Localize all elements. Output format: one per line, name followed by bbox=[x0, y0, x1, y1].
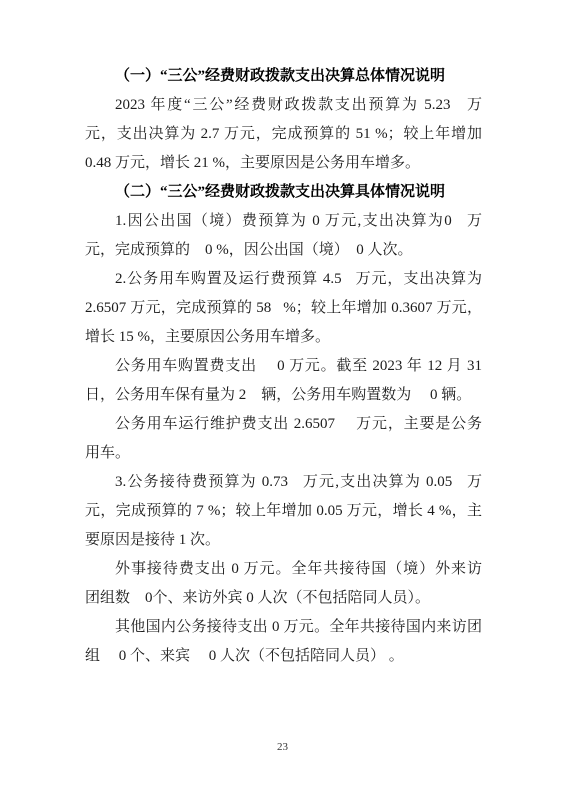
text-line: （一）“三公”经费财政拨款支出决算总体情况说明 bbox=[85, 62, 482, 91]
text-line: 2023 年度“三公”经费财政拨款支出预算为 5.23 万 bbox=[85, 91, 482, 120]
text-line: 用车。 bbox=[85, 439, 482, 468]
text-line: 元，支出决算为 2.7 万元，完成预算的 51 %；较上年增加 bbox=[85, 120, 482, 149]
paragraph-reception-total: 3.公务接待费预算为 0.73 万元,支出决算为 0.05 万元，完成预算的 7… bbox=[85, 468, 482, 555]
page-number: 23 bbox=[0, 741, 565, 753]
paragraph-domestic-reception: 其他国内公务接待支出 0 万元。全年共接待国内来访团组 0 个、来宾 0 人次（… bbox=[85, 613, 482, 671]
section-heading-2: （二）“三公”经费财政拨款支出决算具体情况说明 bbox=[85, 178, 482, 207]
text-line: 元，完成预算的 0 %，因公出国（境） 0 人次。 bbox=[85, 236, 482, 265]
paragraph-vehicle-purchase: 公务用车购置费支出 0 万元。截至 2023 年 12 月 31日，公务用车保有… bbox=[85, 352, 482, 410]
text-line: 公务用车运行维护费支出 2.6507 万元，主要是公务 bbox=[85, 410, 482, 439]
paragraph-abroad: 1.因公出国（境）费预算为 0 万元,支出决算为0 万元，完成预算的 0 %，因… bbox=[85, 207, 482, 265]
paragraph-vehicle-maintenance: 公务用车运行维护费支出 2.6507 万元，主要是公务用车。 bbox=[85, 410, 482, 468]
text-line: 外事接待费支出 0 万元。全年共接待国（境）外来访 bbox=[85, 555, 482, 584]
text-line: 组 0 个、来宾 0 人次（不包括陪同人员） 。 bbox=[85, 642, 482, 671]
text-line: 2.公务用车购置及运行费预算 4.5 万元，支出决算为 bbox=[85, 265, 482, 294]
document-page: （一）“三公”经费财政拨款支出决算总体情况说明2023 年度“三公”经费财政拨款… bbox=[0, 0, 565, 801]
document-body: （一）“三公”经费财政拨款支出决算总体情况说明2023 年度“三公”经费财政拨款… bbox=[85, 62, 482, 671]
paragraph-overall: 2023 年度“三公”经费财政拨款支出预算为 5.23 万元，支出决算为 2.7… bbox=[85, 91, 482, 178]
paragraph-vehicle-total: 2.公务用车购置及运行费预算 4.5 万元，支出决算为2.6507 万元，完成预… bbox=[85, 265, 482, 352]
text-line: 公务用车购置费支出 0 万元。截至 2023 年 12 月 31 bbox=[85, 352, 482, 381]
text-line: 增长 15 %，主要原因公务用车增多。 bbox=[85, 323, 482, 352]
text-line: 1.因公出国（境）费预算为 0 万元,支出决算为0 万 bbox=[85, 207, 482, 236]
text-line: 日，公务用车保有量为 2 辆，公务用车购置数为 0 辆。 bbox=[85, 381, 482, 410]
text-line: 团组数 0个、来访外宾 0 人次（不包括陪同人员）。 bbox=[85, 584, 482, 613]
text-line: 其他国内公务接待支出 0 万元。全年共接待国内来访团 bbox=[85, 613, 482, 642]
text-line: 要原因是接待 1 次。 bbox=[85, 526, 482, 555]
text-line: 3.公务接待费预算为 0.73 万元,支出决算为 0.05 万 bbox=[85, 468, 482, 497]
text-line: 元，完成预算的 7 %；较上年增加 0.05 万元，增长 4 %，主 bbox=[85, 497, 482, 526]
text-line: （二）“三公”经费财政拨款支出决算具体情况说明 bbox=[85, 178, 482, 207]
section-heading-1: （一）“三公”经费财政拨款支出决算总体情况说明 bbox=[85, 62, 482, 91]
text-line: 0.48 万元，增长 21 %，主要原因是公务用车增多。 bbox=[85, 149, 482, 178]
paragraph-foreign-reception: 外事接待费支出 0 万元。全年共接待国（境）外来访团组数 0个、来访外宾 0 人… bbox=[85, 555, 482, 613]
text-line: 2.6507 万元，完成预算的 58 %；较上年增加 0.3607 万元， bbox=[85, 294, 482, 323]
